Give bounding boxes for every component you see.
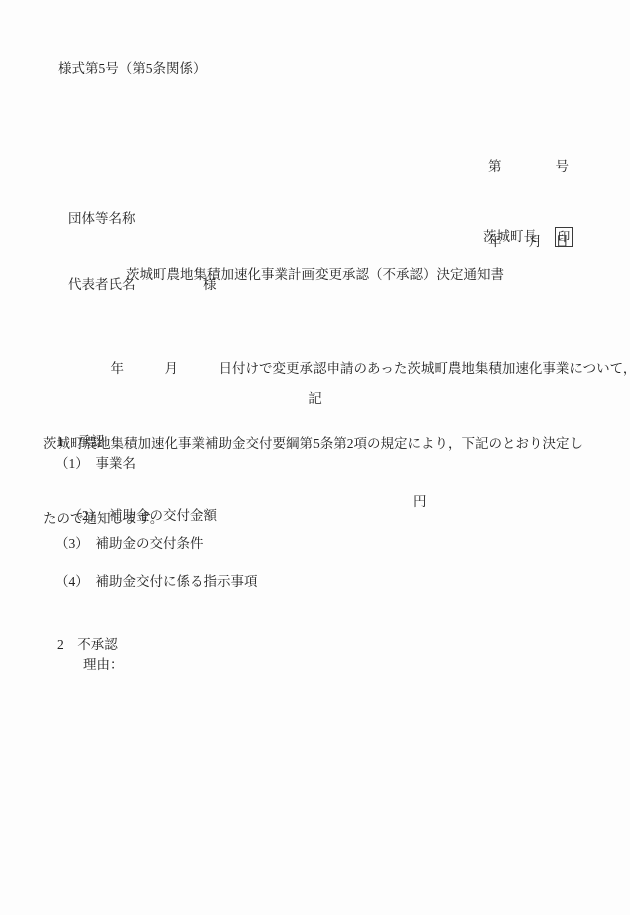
subsidy-amount-label: （2） 補助金の交付金額 bbox=[69, 508, 218, 523]
official-seal-icon: 印 bbox=[555, 227, 573, 247]
body-line-2: 茨城町農地集積加速化事業補助金交付要綱第5条第2項の規定により，下記のとおり決定… bbox=[43, 431, 603, 456]
ki-marker: 記 bbox=[0, 392, 630, 406]
body-line-1: 年 月 日付けで変更承認申請のあった茨城町農地集積加速化事業について， bbox=[43, 356, 603, 381]
sender-block: 茨城町長 印 bbox=[483, 227, 573, 247]
form-number: 様式第5号（第5条関係） bbox=[58, 62, 207, 76]
approval-item-subsidy-conditions: （3） 補助金の交付条件 bbox=[55, 537, 204, 551]
sender-name: 茨城町長 bbox=[483, 230, 537, 244]
notice-document-page: 様式第5号（第5条関係） 第 号 年 月 日 団体等名称 代表者氏名 様 茨城町… bbox=[0, 0, 630, 915]
addressee-org-name-label: 団体等名称 bbox=[68, 208, 217, 230]
section-heading-disapproval: 2 不承認 bbox=[57, 638, 118, 652]
approval-item-project-name: （1） 事業名 bbox=[55, 457, 136, 471]
document-number-line: 第 号 bbox=[488, 154, 569, 179]
subsidy-amount-unit: 円 bbox=[413, 495, 427, 509]
disapproval-reason-label: 理由： bbox=[83, 658, 124, 672]
section-heading-approval: 1 承認 bbox=[57, 435, 104, 449]
document-title: 茨城町農地集積加速化事業計画変更承認（不承認）決定通知書 bbox=[0, 268, 630, 282]
approval-item-subsidy-instructions: （4） 補助金交付に係る指示事項 bbox=[55, 575, 258, 589]
